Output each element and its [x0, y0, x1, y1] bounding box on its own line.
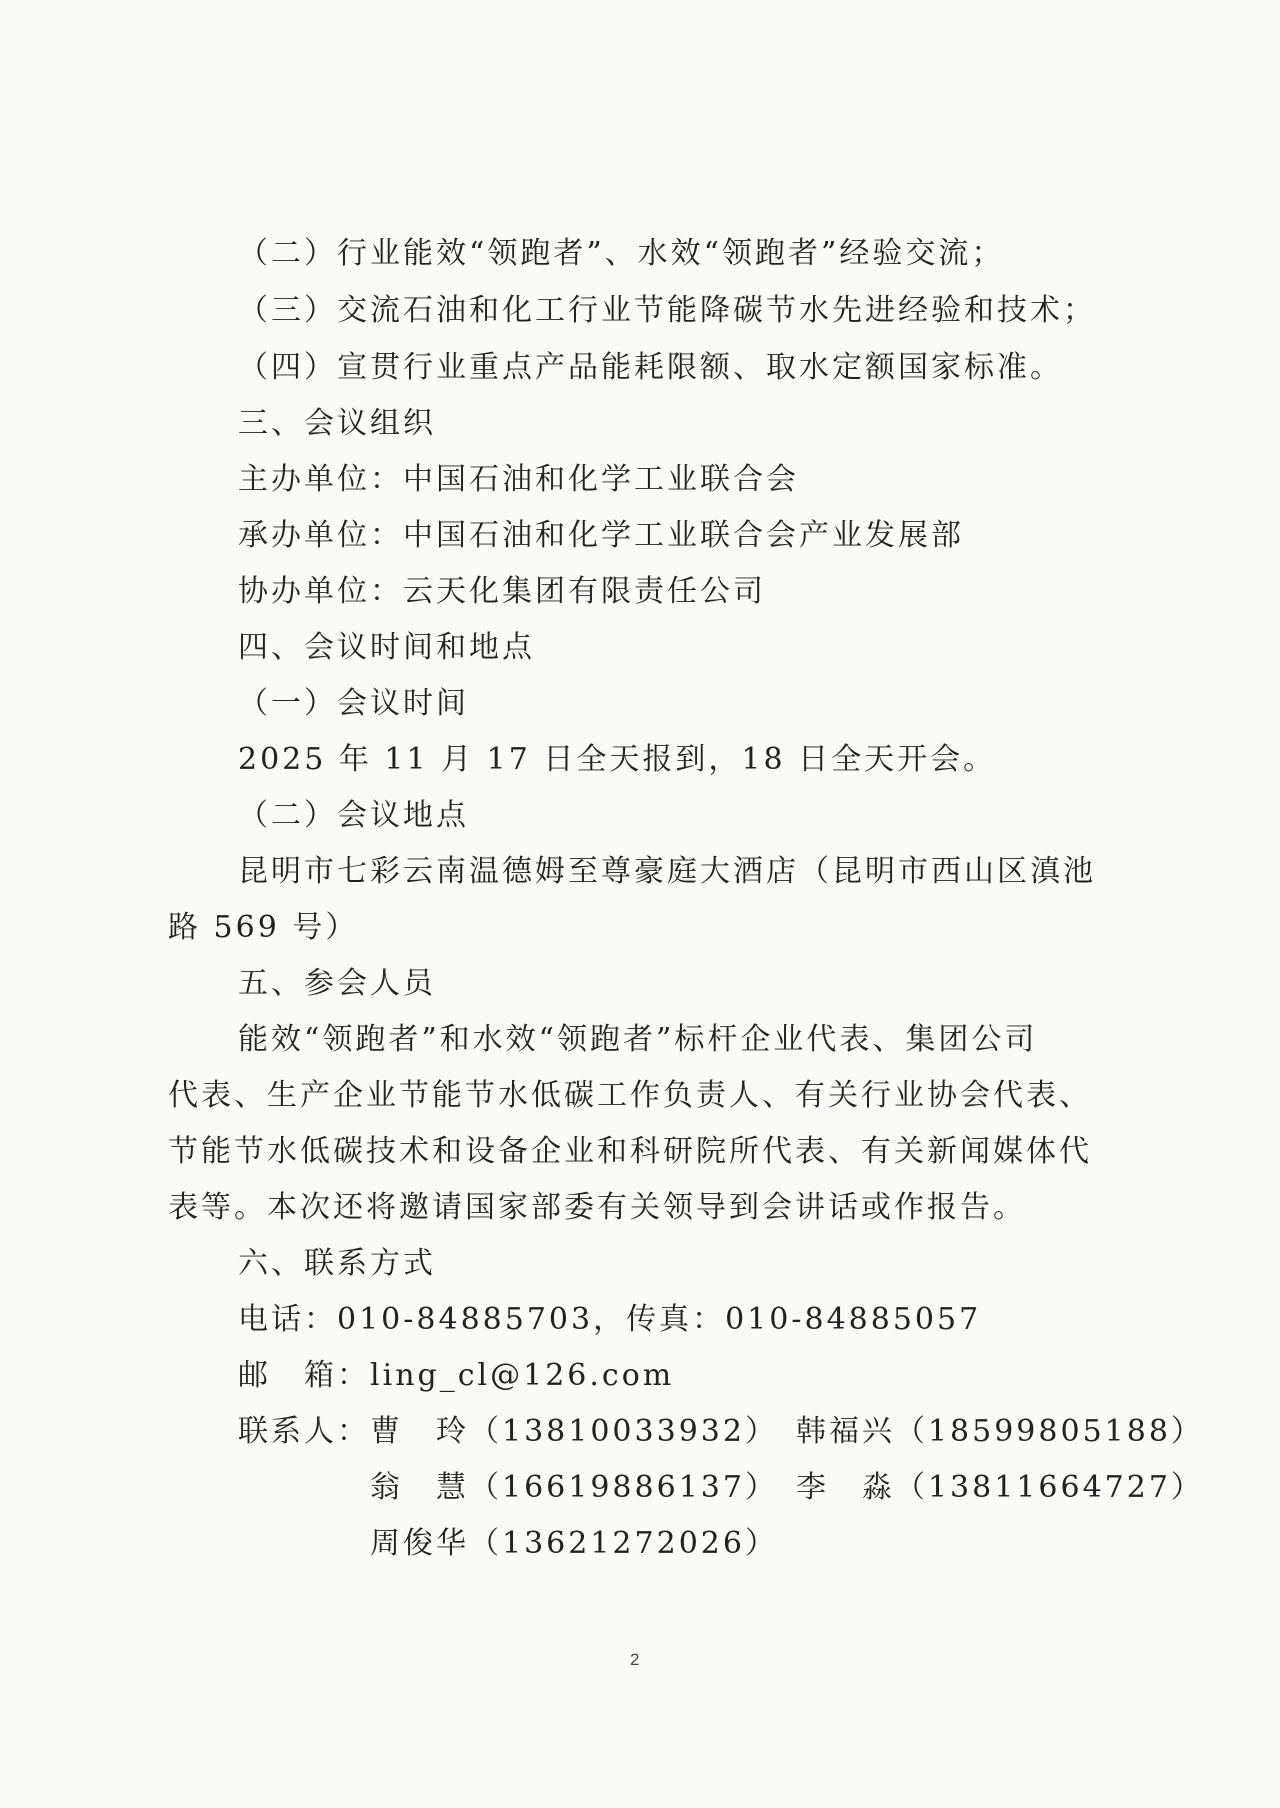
- text-line: 节能节水低碳技术和设备企业和科研院所代表、有关新闻媒体代: [168, 1132, 1092, 1172]
- text-line: 三、会议组织: [238, 404, 436, 444]
- text-line: 主办单位：中国石油和化学工业联合会: [238, 460, 799, 500]
- text-line: （二）行业能效“领跑者”、水效“领跑者”经验交流；: [238, 234, 1004, 274]
- text-line: （二）会议地点: [238, 796, 469, 836]
- text-line: 联系人：曹 玲（13810033932） 韩福兴（18599805188）: [238, 1412, 1204, 1452]
- text-line: 表等。本次还将邀请国家部委有关领导到会讲话或作报告。: [168, 1188, 1026, 1228]
- text-line: 五、参会人员: [238, 964, 436, 1004]
- text-line: 昆明市七彩云南温德姆至尊豪庭大酒店（昆明市西山区滇池: [238, 852, 1096, 892]
- text-line: 翁 慧（16619886137） 李 淼（13811664727）: [370, 1468, 1204, 1508]
- text-line: 电话：010-84885703，传真：010-84885057: [238, 1300, 981, 1340]
- text-line: 周俊华（13621272026）: [370, 1524, 778, 1564]
- text-line: 代表、生产企业节能节水低碳工作负责人、有关行业协会代表、: [168, 1076, 1092, 1116]
- text-line: （一）会议时间: [238, 684, 469, 724]
- page-number: 2: [630, 1650, 639, 1670]
- text-line: （四）宣贯行业重点产品能耗限额、取水定额国家标准。: [238, 348, 1063, 388]
- text-line: 协办单位：云天化集团有限责任公司: [238, 572, 766, 612]
- text-line: 六、联系方式: [238, 1244, 436, 1284]
- text-line: 承办单位：中国石油和化学工业联合会产业发展部: [238, 516, 964, 556]
- text-line: 2025 年 11 月 17 日全天报到，18 日全天开会。: [238, 740, 996, 780]
- text-line: 邮 箱：ling_cl@126.com: [238, 1356, 674, 1396]
- text-line: （三）交流石油和化工行业节能降碳节水先进经验和技术；: [238, 291, 1096, 331]
- text-line: 路 569 号）: [168, 908, 358, 948]
- text-line: 能效“领跑者”和水效“领跑者”标杆企业代表、集团公司: [238, 1020, 1037, 1060]
- document-page: （二）行业能效“领跑者”、水效“领跑者”经验交流；（三）交流石油和化工行业节能降…: [0, 0, 1280, 1808]
- text-line: 四、会议时间和地点: [238, 628, 535, 668]
